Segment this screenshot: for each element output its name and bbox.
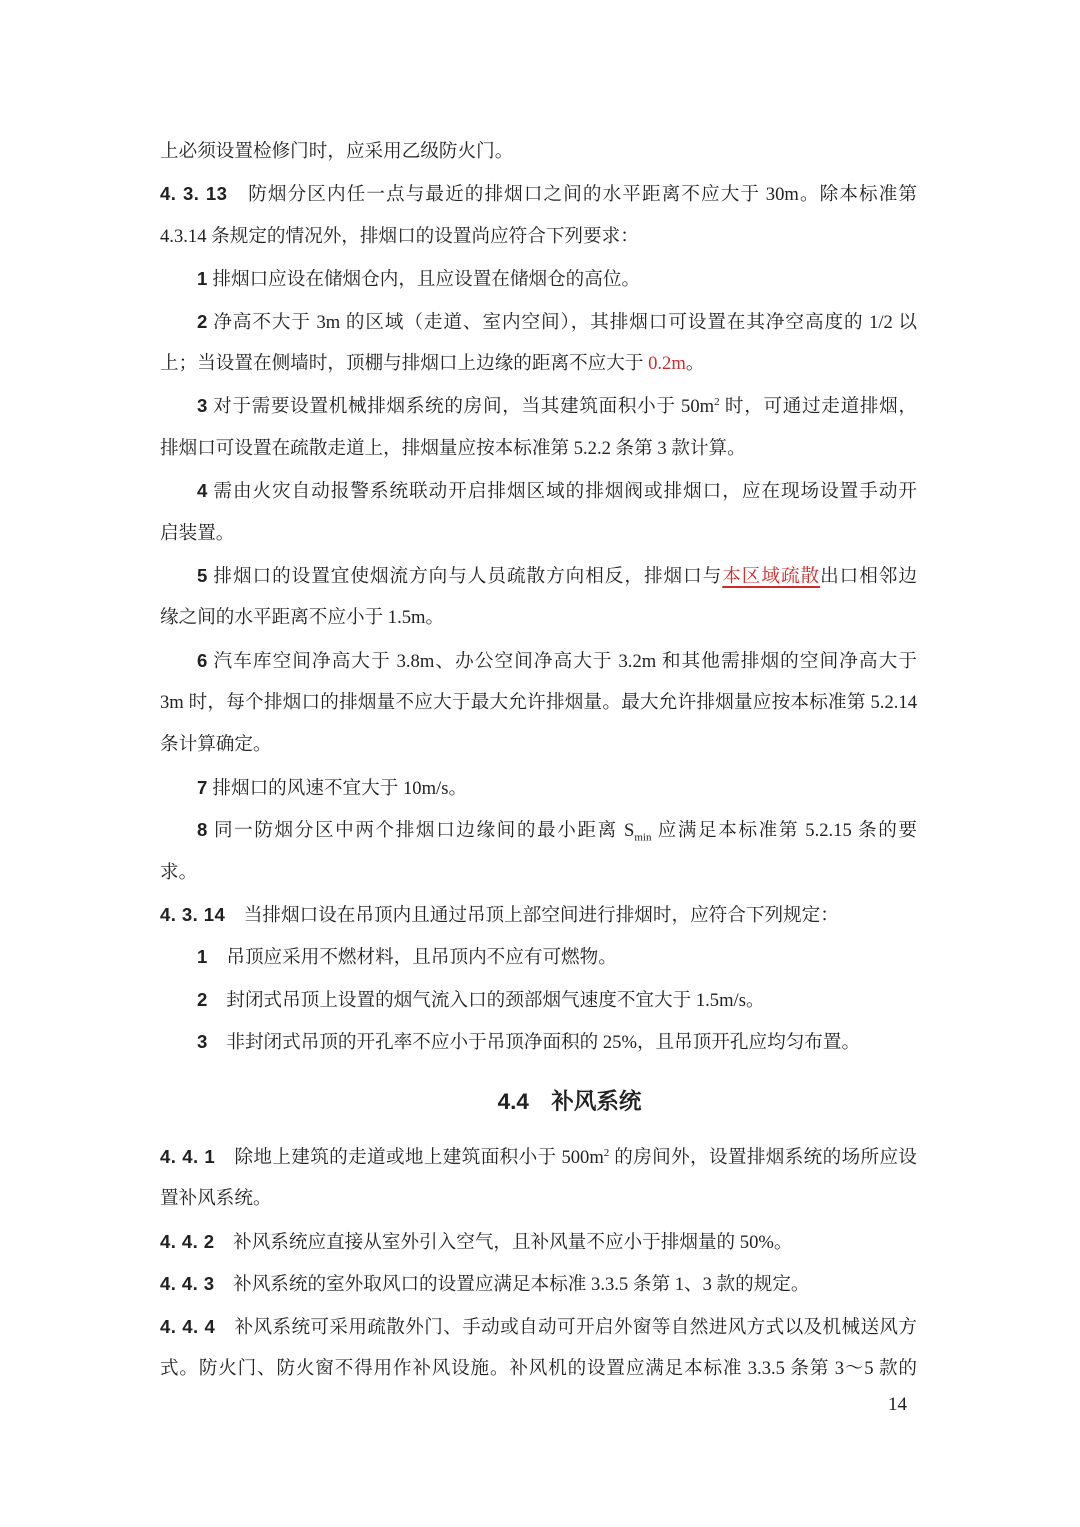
item-6-line-2: 3m 时，每个排烟口的排烟量不应大于最大允许排烟量。最大允许排烟量应按本标准第 … [160,682,917,724]
text-run: 排烟口可设置在疏散走道上，排烟量应按本标准第 5.2.2 条第 3 款计算。 [160,438,746,459]
red-highlighted-text: 本区域疏散 [722,566,820,587]
text-run: 除地上建筑的走道或地上建筑面积小于 500m [215,1147,604,1168]
subscript: min [634,832,651,844]
clause-4-3-13-line-2: 4.3.14 条规定的情况外，排烟口的设置尚应符合下列要求： [160,216,917,258]
clause-4-4-2-line-1: 4. 4. 2 补风系统应直接从室外引入空气，且补风量不应小于排烟量的 50%。 [160,1221,917,1263]
text-run: 3m 时，每个排烟口的排烟量不应大于最大允许排烟量。最大允许排烟量应按本标准第 … [160,692,917,713]
item-2-line-1: 2 净高不大于 3m 的区域（走道、室内空间），其排烟口可设置在其净空高度的 1… [160,301,917,343]
sub-item-2-line-1: 2 封闭式吊顶上设置的烟气流入口的颈部烟气速度不宜大于 1.5m/s。 [160,979,917,1021]
section-heading: 4.4 补风系统 [160,1081,917,1123]
item-2-line-2: 上；当设置在侧墙时，顶棚与排烟口上边缘的距离不应大于 0.2m。 [160,343,917,385]
clause-number: 4. 4. 3 [160,1273,215,1294]
item-4-line-1: 4 需由火灾自动报警系统联动开启排烟区域的排烟阀或排烟口，应在现场设置手动开 [160,470,917,512]
clause-4-4-4-line-1: 4. 4. 4 补风系统可采用疏散外门、手动或自动可开启外窗等自然进风方式以及机… [160,1306,917,1348]
clause-number: 8 [197,819,208,840]
clause-number: 2 [197,311,208,332]
clause-4-4-1-line-2: 置补风系统。 [160,1178,917,1220]
continuation-line: 上必须设置检修门时，应采用乙级防火门。 [160,131,917,173]
text-run: 补风系统的室外取风口的设置应满足本标准 3.3.5 条第 1、3 款的规定。 [215,1274,810,1295]
clause-number: 4. 4. 1 [160,1146,215,1167]
item-5-line-1: 5 排烟口的设置宜使烟流方向与人员疏散方向相反，排烟口与本区域疏散出口相邻边 [160,555,917,597]
sub-item-1-line-1: 1 吊顶应采用不燃材料，且吊顶内不应有可燃物。 [160,936,917,978]
item-6-line-1: 6 汽车库空间净高大于 3.8m、办公空间净高大于 3.2m 和其他需排烟的空间… [160,640,917,682]
text-run: 上必须设置检修门时，应采用乙级防火门。 [160,141,513,162]
sub-item-3-line-1: 3 非封闭式吊顶的开孔率不应小于吊顶净面积的 25%，且吊顶开孔应均匀布置。 [160,1021,917,1063]
text-run: 补风系统应直接从室外引入空气，且补风量不应小于排烟量的 50%。 [215,1232,793,1253]
clause-number: 3 [197,1031,208,1052]
item-8-line-1: 8 同一防烟分区中两个排烟口边缘间的最小距离 Smin 应满足本标准第 5.2.… [160,809,917,851]
text-run: 置补风系统。 [160,1188,272,1209]
item-3-line-1: 3 对于需要设置机械排烟系统的房间，当其建筑面积小于 50m2 时，可通过走道排… [160,385,917,427]
text-run: 防烟分区内任一点与最近的排烟口之间的水平距离不应大于 30m。除本标准第 [227,184,917,205]
text-run: 排烟口的设置宜使烟流方向与人员疏散方向相反，排烟口与 [208,566,722,587]
text-run: 启装置。 [160,523,234,544]
text-run: 出口相邻边 [820,566,917,587]
clause-number: 1 [197,268,208,289]
text-run: 汽车库空间净高大于 3.8m、办公空间净高大于 3.2m 和其他需排烟的空间净高… [208,651,917,672]
clause-number: 1 [197,946,208,967]
item-5-line-2: 缘之间的水平距离不应小于 1.5m。 [160,597,917,639]
item-1-line-1: 1 排烟口应设在储烟仓内，且应设置在储烟仓的高位。 [160,258,917,300]
text-run: 式。防火门、防火窗不得用作补风设施。补风机的设置应满足本标准 3.3.5 条第 … [160,1358,917,1379]
clause-4-4-1-line-1: 4. 4. 1 除地上建筑的走道或地上建筑面积小于 500m2 的房间外，设置排… [160,1136,917,1178]
text-run: 净高不大于 3m 的区域（走道、室内空间），其排烟口可设置在其净空高度的 1/2… [208,312,917,333]
text-run: 4.4 补风系统 [498,1089,642,1114]
page-number: 14 [888,1394,907,1416]
text-run: 同一防烟分区中两个排烟口边缘间的最小距离 S [208,820,635,841]
clause-number: 4. 3. 13 [160,183,227,204]
clause-4-4-3-line-1: 4. 4. 3 补风系统的室外取风口的设置应满足本标准 3.3.5 条第 1、3… [160,1263,917,1305]
clause-4-3-13-line-1: 4. 3. 13 防烟分区内任一点与最近的排烟口之间的水平距离不应大于 30m。… [160,173,917,215]
clause-number: 3 [197,395,208,416]
item-3-line-2: 排烟口可设置在疏散走道上，排烟量应按本标准第 5.2.2 条第 3 款计算。 [160,428,917,470]
text-run: 应满足本标准第 5.2.15 条的要 [651,820,917,841]
text-run: 求。 [160,862,197,883]
text-run: 。 [686,353,705,374]
clause-4-4-4-line-2: 式。防火门、防火窗不得用作补风设施。补风机的设置应满足本标准 3.3.5 条第 … [160,1348,917,1390]
item-4-line-2: 启装置。 [160,513,917,555]
clause-number: 6 [197,650,208,671]
clause-4-3-14-line-1: 4. 3. 14 当排烟口设在吊顶内且通过吊顶上部空间进行排烟时，应符合下列规定… [160,894,917,936]
clause-number: 7 [197,777,208,798]
text-run: 的房间外，设置排烟系统的场所应设 [609,1147,917,1168]
text-run: 排烟口的风速不宜大于 10m/s。 [208,778,467,799]
text-run: 时，可通过走道排烟， [720,396,917,417]
text-run: 封闭式吊顶上设置的烟气流入口的颈部烟气速度不宜大于 1.5m/s。 [208,990,765,1011]
text-run: 上；当设置在侧墙时，顶棚与排烟口上边缘的距离不应大于 [160,353,648,374]
document-body: 上必须设置检修门时，应采用乙级防火门。4. 3. 13 防烟分区内任一点与最近的… [160,131,917,1390]
clause-number: 4. 3. 14 [160,904,225,925]
clause-number: 2 [197,989,208,1010]
text-run: 吊顶应采用不燃材料，且吊顶内不应有可燃物。 [208,947,617,968]
clause-number: 4. 4. 2 [160,1231,215,1252]
text-run: 4.3.14 条规定的情况外，排烟口的设置尚应符合下列要求： [160,226,639,247]
item-8-line-2: 求。 [160,852,917,894]
document-page: 上必须设置检修门时，应采用乙级防火门。4. 3. 13 防烟分区内任一点与最近的… [0,0,1080,1527]
text-run: 缘之间的水平距离不应小于 1.5m。 [160,607,444,628]
text-run: 补风系统可采用疏散外门、手动或自动可开启外窗等自然进风方式以及机械送风方 [215,1317,917,1338]
text-run: 排烟口应设在储烟仓内，且应设置在储烟仓的高位。 [208,269,640,290]
item-6-line-3: 条计算确定。 [160,724,917,766]
clause-number: 4. 4. 4 [160,1316,215,1337]
text-run: 当排烟口设在吊顶内且通过吊顶上部空间进行排烟时，应符合下列规定： [225,905,839,926]
clause-number: 5 [197,565,208,586]
red-highlighted-text: 0.2m [648,353,686,374]
text-run: 需由火灾自动报警系统联动开启排烟区域的排烟阀或排烟口，应在现场设置手动开 [208,481,917,502]
clause-number: 4 [197,480,208,501]
text-run: 非封闭式吊顶的开孔率不应小于吊顶净面积的 25%，且吊顶开孔应均匀布置。 [208,1032,860,1053]
text-run: 对于需要设置机械排烟系统的房间，当其建筑面积小于 50m [208,396,714,417]
item-7-line-1: 7 排烟口的风速不宜大于 10m/s。 [160,767,917,809]
text-run: 条计算确定。 [160,734,272,755]
